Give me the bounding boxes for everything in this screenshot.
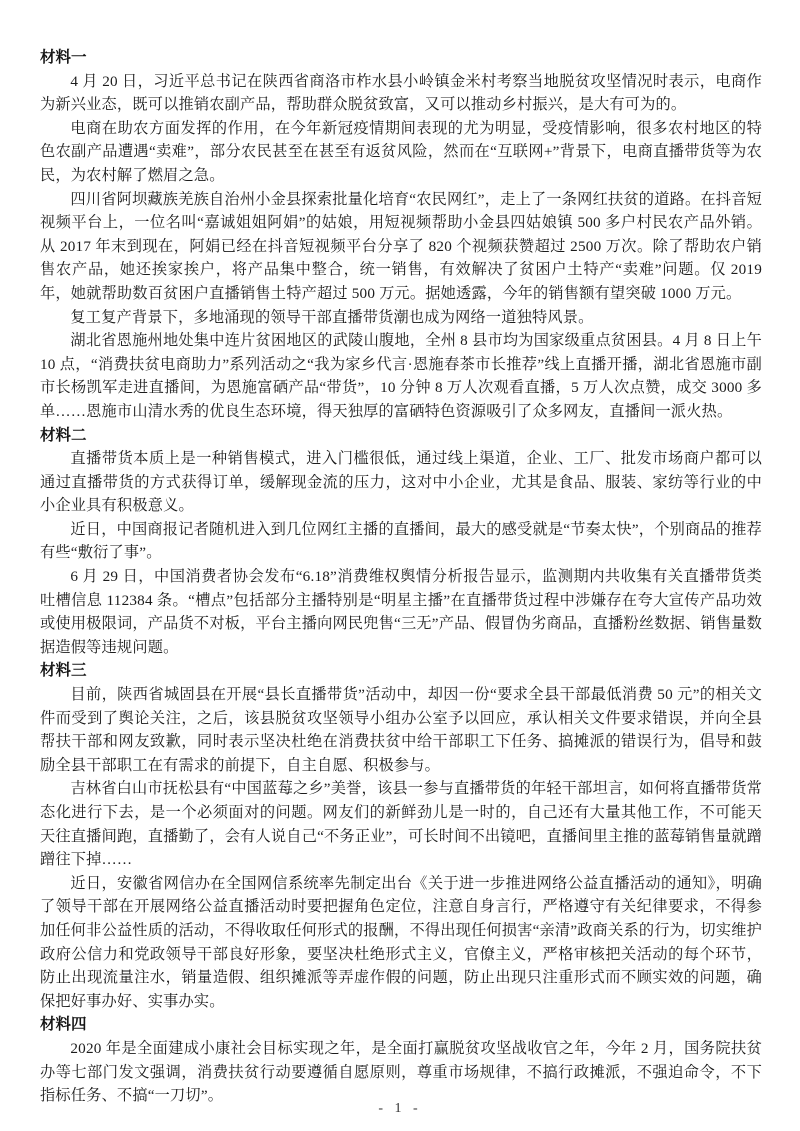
paragraph: 直播带货本质上是一种销售模式，进入门槛很低，通过线上渠道，企业、工厂、批发市场商… [40, 447, 762, 518]
paragraph: 4 月 20 日，习近平总书记在陕西省商洛市柞水县小岭镇金米村考察当地脱贫攻坚情… [40, 70, 762, 117]
section-1-heading: 材料一 [40, 46, 762, 70]
paragraph: 吉林省白山市抚松县有“中国蓝莓之乡”美誉，该县一参与直播带货的年轻干部坦言，如何… [40, 777, 762, 871]
paragraph: 四川省阿坝藏族羌族自治州小金县探索批量化培育“农民网红”，走上了一条网红扶贫的道… [40, 188, 762, 306]
paragraph: 目前，陕西省城固县在开展“县长直播带货”活动中，却因一份“要求全县干部最低消费 … [40, 683, 762, 777]
document-page: 材料一 4 月 20 日，习近平总书记在陕西省商洛市柞水县小岭镇金米村考察当地脱… [0, 0, 800, 1131]
paragraph: 2020 年是全面建成小康社会目标实现之年，是全面打赢脱贫攻坚战收官之年，今年 … [40, 1037, 762, 1108]
section-2-heading: 材料二 [40, 424, 762, 448]
paragraph: 近日，安徽省网信办在全国网信系统率先制定出台《关于进一步推进网络公益直播活动的通… [40, 872, 762, 1014]
paragraph: 电商在助农方面发挥的作用，在今年新冠疫情期间表现的尤为明显，受疫情影响，很多农村… [40, 117, 762, 188]
paragraph: 6 月 29 日，中国消费者协会发布“6.18”消费维权舆情分析报告显示，监测期… [40, 565, 762, 659]
section-material-1: 材料一 4 月 20 日，习近平总书记在陕西省商洛市柞水县小岭镇金米村考察当地脱… [40, 46, 762, 424]
paragraph: 湖北省恩施州地处集中连片贫困地区的武陵山腹地，全州 8 县市均为国家级重点贫困县… [40, 329, 762, 423]
section-material-4: 材料四 2020 年是全面建成小康社会目标实现之年，是全面打赢脱贫攻坚战收官之年… [40, 1013, 762, 1107]
section-4-heading: 材料四 [40, 1013, 762, 1037]
paragraph: 复工复产背景下，多地涌现的领导干部直播带货潮也成为网络一道独特风景。 [40, 306, 762, 330]
section-3-heading: 材料三 [40, 659, 762, 683]
paragraph: 近日，中国商报记者随机进入到几位网红主播的直播间，最大的感受就是“节奏太快”，个… [40, 518, 762, 565]
section-material-2: 材料二 直播带货本质上是一种销售模式，进入门槛很低，通过线上渠道，企业、工厂、批… [40, 424, 762, 660]
section-material-3: 材料三 目前，陕西省城固县在开展“县长直播带货”活动中，却因一份“要求全县干部最… [40, 659, 762, 1013]
page-number: - 1 - [0, 1101, 800, 1117]
